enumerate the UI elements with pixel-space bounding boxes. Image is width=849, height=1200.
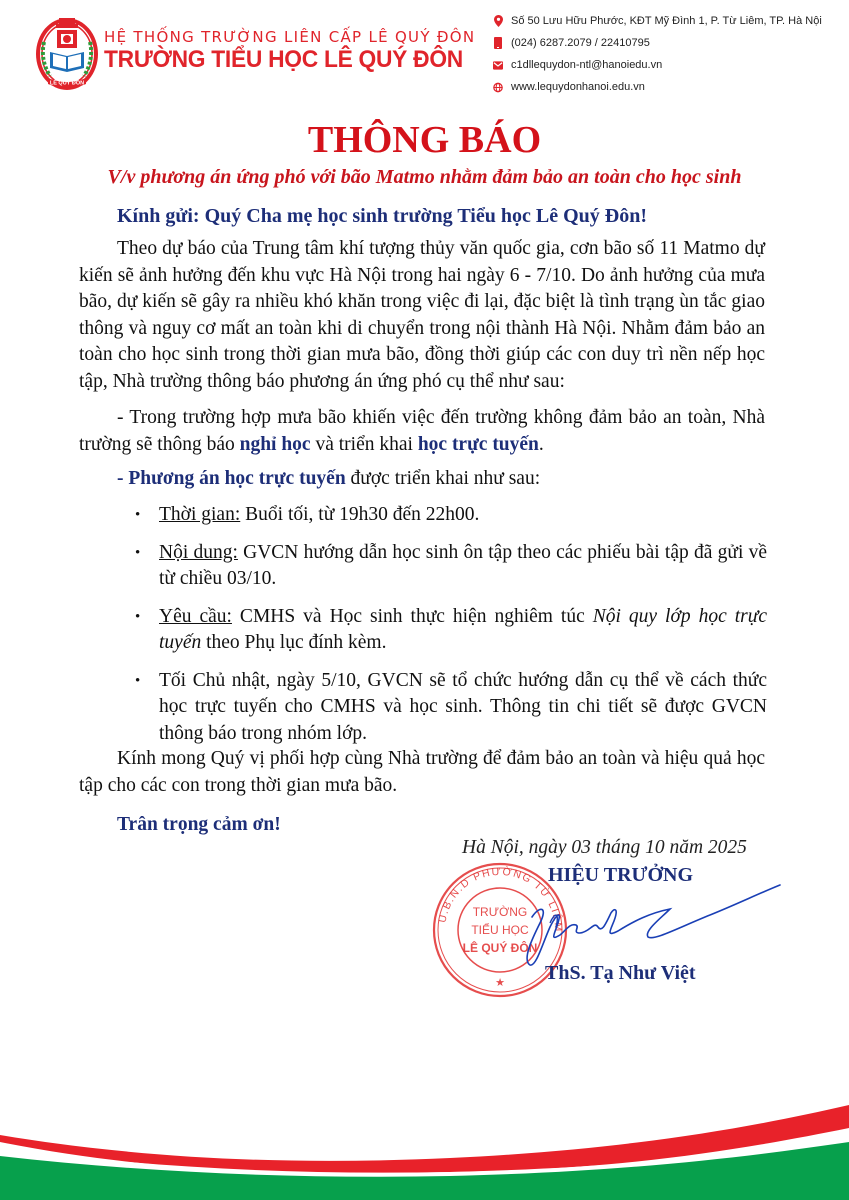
svg-text:★: ★ [495,977,505,989]
footer-wave-decoration [0,1080,849,1200]
online-plan-list: Thời gian: Buổi tối, từ 19h30 đến 22h00.… [133,502,767,758]
handwritten-signature-icon [510,875,785,970]
list-item-sunday-guidance: Tối Chủ nhật, ngày 5/10, GVCN sẽ tổ chức… [133,668,767,748]
paragraph-online-plan: - Phương án học trực tuyến được triển kh… [117,466,767,493]
contact-address: Số 50 Lưu Hữu Phước, KĐT Mỹ Đình 1, P. T… [493,10,822,32]
notice-title: THÔNG BÁO [0,118,849,162]
list-item-requirements: Yêu cầu: CMHS và Học sinh thực hiện nghi… [133,604,767,657]
email-icon [493,59,503,71]
list-item-content: Nội dung: GVCN hướng dẫn học sinh ôn tập… [133,540,767,593]
contact-info: Số 50 Lưu Hữu Phước, KĐT Mỹ Đình 1, P. T… [493,10,822,98]
school-logo-icon: LÊ QUÝ ĐÔN [34,12,100,92]
letterhead: LÊ QUÝ ĐÔN HỆ THỐNG TRƯỜNG LIÊN CẤP LÊ Q… [0,0,849,100]
thanks: Trân trọng cảm ơn! [117,812,281,838]
contact-email: c1dllequydon-ntl@hanoiedu.vn [493,54,822,76]
highlight-hoc-truc-tuyen: học trực tuyến [418,434,539,455]
paragraph-forecast: Theo dự báo của Trung tâm khí tượng thủy… [79,236,765,395]
highlight-nghi-hoc: nghỉ học [240,434,311,455]
list-item-time: Thời gian: Buổi tối, từ 19h30 đến 22h00. [133,502,767,529]
greeting: Kính gửi: Quý Cha mẹ học sinh trường Tiể… [117,203,647,229]
signer-name: ThS. Tạ Như Việt [545,960,696,986]
school-names: HỆ THỐNG TRƯỜNG LIÊN CẤP LÊ QUÝ ĐÔN TRƯỜ… [104,28,490,74]
contact-website: www.lequydonhanoi.edu.vn [493,76,822,98]
notice-subtitle: V/v phương án ứng phó với bão Matmo nhằm… [0,164,849,190]
system-name: HỆ THỐNG TRƯỜNG LIÊN CẤP LÊ QUÝ ĐÔN [104,28,490,46]
globe-icon [493,81,503,93]
contact-phone: (024) 6287.2079 / 22410795 [493,32,822,54]
phone-icon [493,37,503,49]
svg-text:LÊ QUÝ ĐÔN: LÊ QUÝ ĐÔN [50,79,84,87]
location-pin-icon [493,15,503,27]
school-name: TRƯỜNG TIỂU HỌC LÊ QUÝ ĐÔN [104,46,463,74]
paragraph-school-closure: - Trong trường hợp mưa bão khiến việc đế… [79,405,765,458]
paragraph-closing: Kính mong Quý vị phối hợp cùng Nhà trườn… [79,746,765,799]
